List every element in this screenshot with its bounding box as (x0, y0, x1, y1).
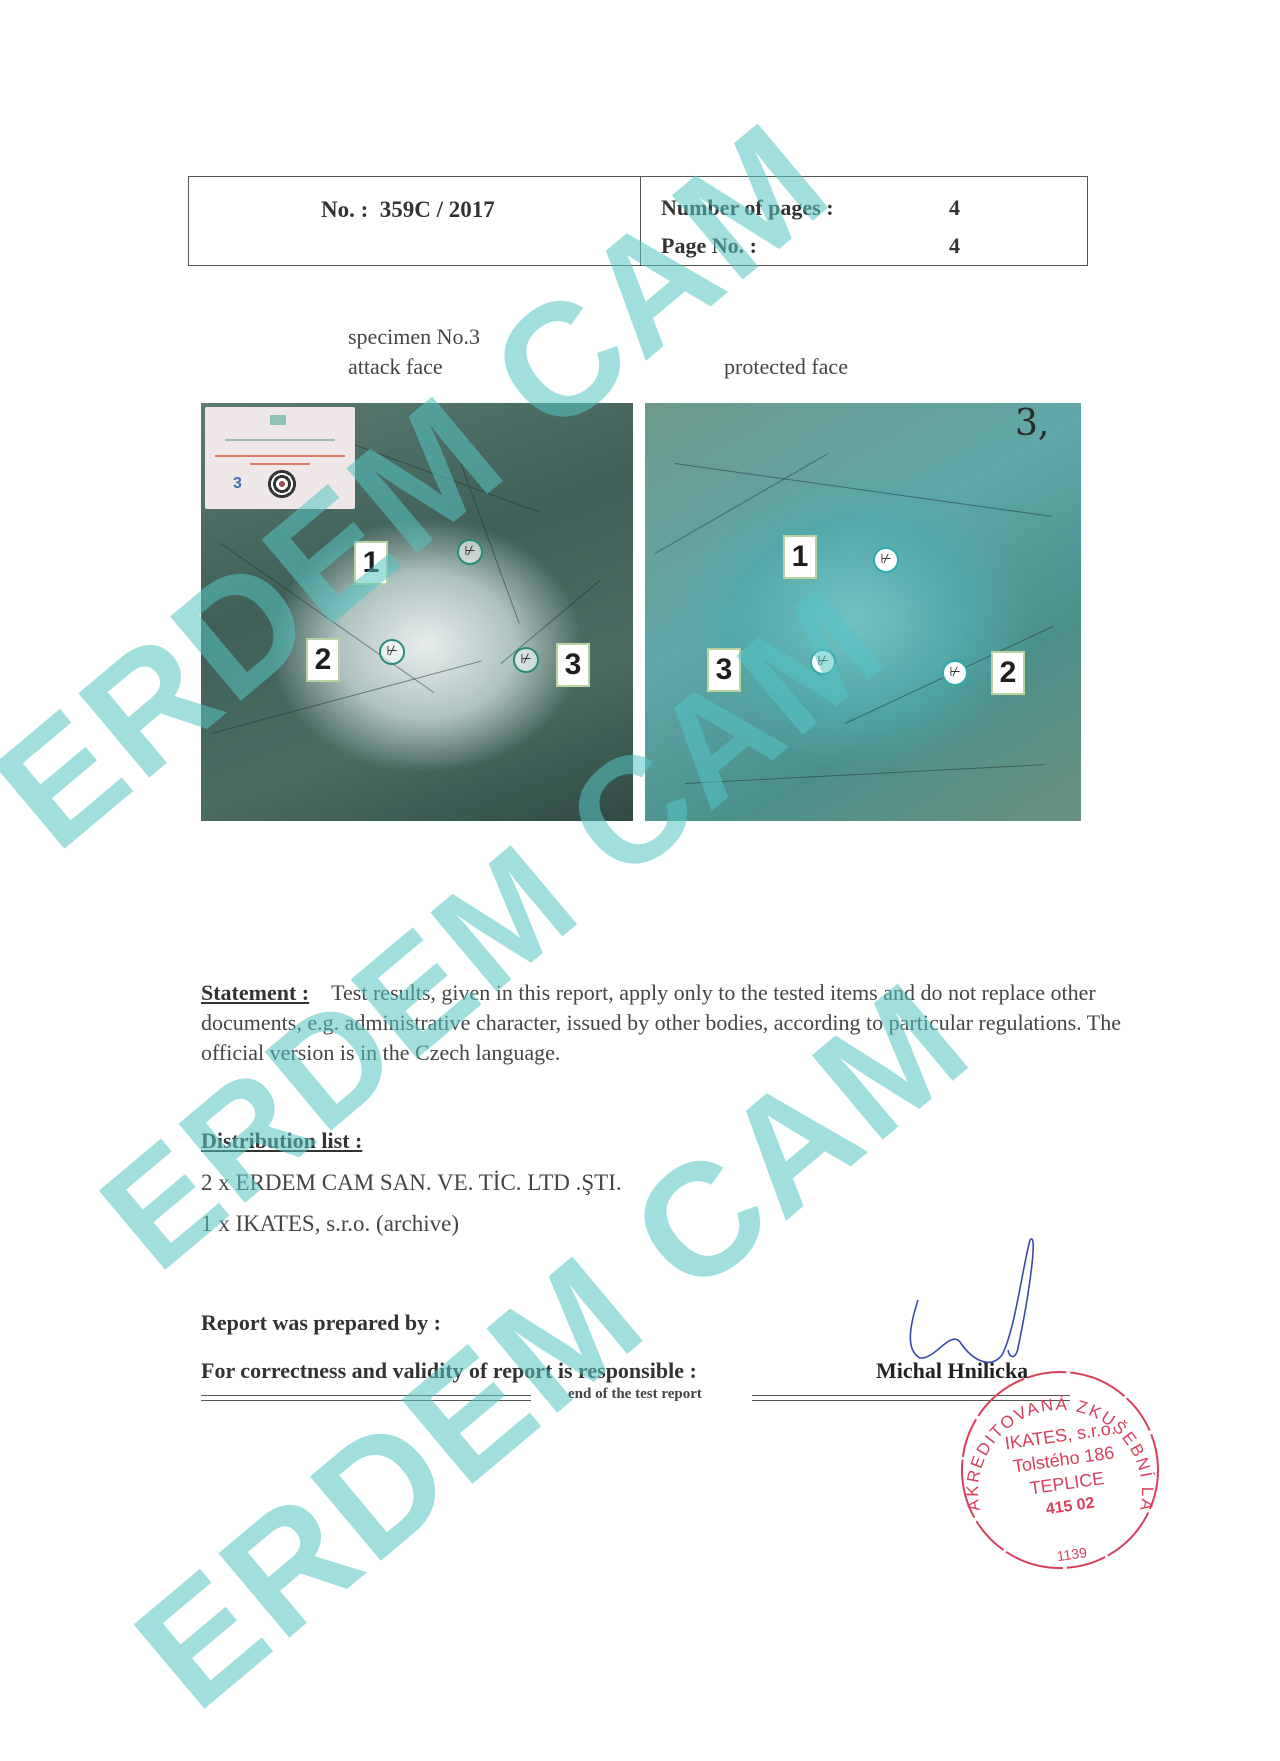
bullseye-icon (267, 469, 297, 499)
specimen-label: specimen No.3 (348, 322, 480, 352)
stamp-line-4: 415 02 (1045, 1495, 1096, 1519)
page-no-value: 4 (949, 233, 960, 259)
laboratory-stamp-icon: AKREDITOVANÁ ZKUŠEBNÍ LABORATOŘ IKATES, … (950, 1360, 1170, 1580)
target-card: 3 (205, 407, 355, 509)
pages-cell: Number of pages : 4 Page No. : 4 (641, 177, 1087, 265)
stamp-number: 1139 (1056, 1544, 1088, 1564)
bullet-hit-marker-icon: ⊬ (513, 647, 539, 673)
bullet-hit-marker-icon: ⊬ (873, 547, 899, 573)
statement-paragraph: Statement :Test results, given in this r… (201, 978, 1121, 1068)
shot-label-3: 3 (707, 648, 741, 692)
number-of-pages-label: Number of pages : (661, 195, 834, 221)
report-header-table: No. : 359C / 2017 Number of pages : 4 Pa… (188, 176, 1088, 266)
attack-face-label: attack face (348, 352, 480, 382)
page-no-label: Page No. : (661, 233, 757, 259)
handwritten-specimen-number: 3, (1015, 403, 1049, 444)
shot-label-3: 3 (556, 643, 590, 687)
report-number-cell: No. : 359C / 2017 (189, 177, 641, 265)
distribution-item: 1 x IKATES, s.r.o. (archive) (201, 1211, 459, 1237)
attack-face-photo: 3 1 ⊬ 2 ⊬ ⊬ 3 (201, 403, 633, 821)
prepared-by-label: Report was prepared by : (201, 1310, 441, 1336)
shot-label-2: 2 (306, 638, 340, 682)
double-rule-left (201, 1395, 531, 1401)
card-text-line (250, 463, 310, 465)
glass-crack (685, 764, 1045, 784)
glass-crack (351, 443, 539, 512)
bullet-hit-marker-icon: ⊬ (810, 649, 836, 675)
shot-label-2: 2 (991, 651, 1025, 695)
report-number-label: No. : (321, 197, 368, 222)
report-number: 359C / 2017 (380, 197, 495, 222)
signature-icon (890, 1230, 1050, 1370)
protected-face-photo: 3, 1 ⊬ 3 ⊬ ⊬ 2 (645, 403, 1081, 821)
attack-face-caption: specimen No.3 attack face (348, 322, 480, 382)
bullet-hit-marker-icon: ⊬ (457, 539, 483, 565)
statement-text: Test results, given in this report, appl… (201, 980, 1121, 1065)
shot-label-1: 1 (354, 541, 388, 585)
end-of-report-text: end of the test report (568, 1386, 702, 1403)
target-card-number: 3 (233, 475, 242, 493)
bullet-hit-marker-icon: ⊬ (379, 639, 405, 665)
protected-face-label: protected face (724, 352, 848, 382)
card-text-line (225, 439, 335, 441)
card-text-line (215, 455, 345, 457)
distribution-list-title: Distribution list : (201, 1128, 362, 1154)
glass-crack (211, 661, 482, 734)
responsible-label: For correctness and validity of report i… (201, 1358, 697, 1384)
lab-logo-icon (270, 415, 286, 425)
number-of-pages-value: 4 (949, 195, 960, 221)
shot-label-1: 1 (783, 535, 817, 579)
statement-label: Statement : (201, 980, 309, 1005)
distribution-item: 2 x ERDEM CAM SAN. VE. TİC. LTD .ŞTI. (201, 1170, 622, 1196)
bullet-hit-marker-icon: ⊬ (942, 660, 968, 686)
